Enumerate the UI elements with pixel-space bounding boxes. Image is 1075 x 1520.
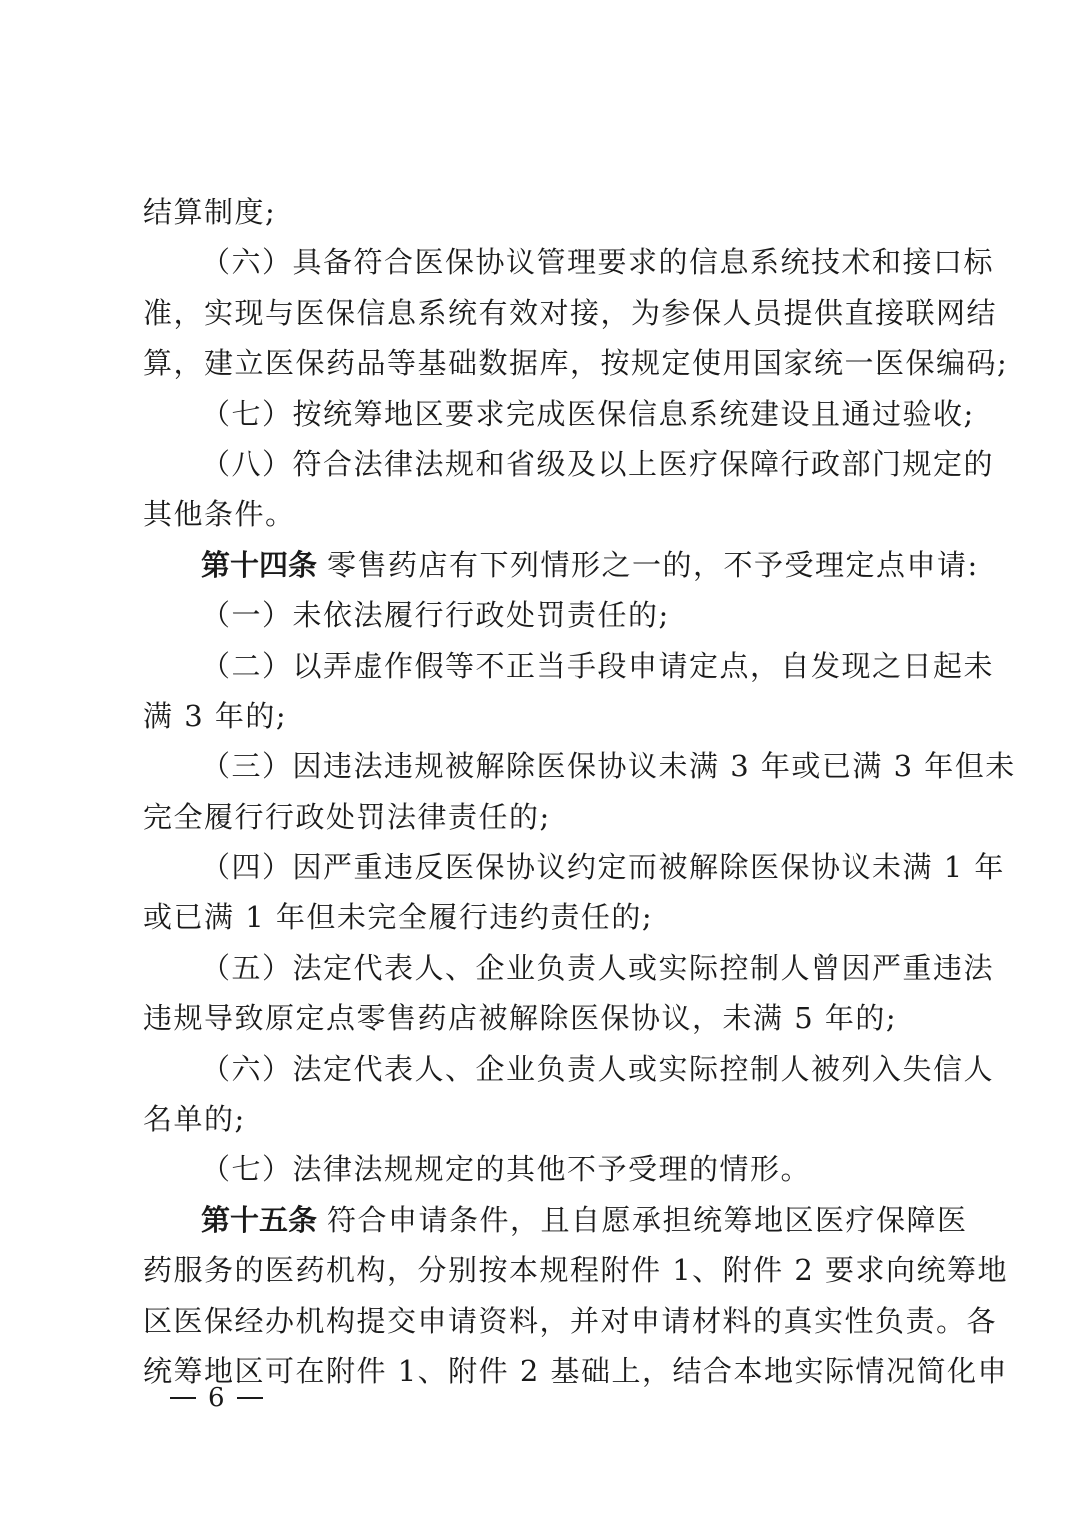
text-line: （一）未依法履行行政处罚责任的; — [143, 590, 943, 640]
line-text: 符合申请条件，且自愿承担统筹地区医疗保障医 — [327, 1203, 968, 1237]
line-text: （六）具备符合医保协议管理要求的信息系统技术和接口标 — [201, 245, 994, 279]
line-text: 结算制度; — [143, 195, 276, 229]
footer-dash-right — [237, 1397, 263, 1399]
text-line: 完全履行行政处罚法律责任的; — [143, 792, 943, 842]
text-line: 其他条件。 — [143, 489, 943, 539]
line-text: （一）未依法履行行政处罚责任的; — [201, 598, 670, 632]
line-text: 区医保经办机构提交申请资料，并对申请材料的真实性负责。各 — [143, 1304, 997, 1338]
text-line: （二）以弄虚作假等不正当手段申请定点，自发现之日起未 — [143, 641, 943, 691]
text-line: 第十五条符合申请条件，且自愿承担统筹地区医疗保障医 — [143, 1195, 943, 1245]
line-text: 药服务的医药机构，分别按本规程附件 1、附件 2 要求向统筹地 — [143, 1253, 1008, 1287]
text-line: （三）因违法违规被解除医保协议未满 3 年或已满 3 年但未 — [143, 741, 943, 791]
text-line: （五）法定代表人、企业负责人或实际控制人曾因严重违法 — [143, 943, 943, 993]
document-page: 结算制度;（六）具备符合医保协议管理要求的信息系统技术和接口标准，实现与医保信息… — [0, 0, 1075, 1520]
line-text: 零售药店有下列情形之一的，不予受理定点申请: — [327, 548, 979, 582]
text-line: （六）具备符合医保协议管理要求的信息系统技术和接口标 — [143, 237, 943, 287]
document-body: 结算制度;（六）具备符合医保协议管理要求的信息系统技术和接口标准，实现与医保信息… — [143, 187, 943, 1396]
line-text: （五）法定代表人、企业负责人或实际控制人曾因严重违法 — [201, 951, 994, 985]
page-footer: 6 — [170, 1378, 263, 1418]
text-line: （七）按统筹地区要求完成医保信息系统建设且通过验收; — [143, 389, 943, 439]
text-line: 算，建立医保药品等基础数据库，按规定使用国家统一医保编码; — [143, 338, 943, 388]
text-line: 违规导致原定点零售药店被解除医保协议，未满 5 年的; — [143, 993, 943, 1043]
article-heading: 第十五条 — [201, 1203, 317, 1237]
line-text: （七）法律法规规定的其他不予受理的情形。 — [201, 1152, 811, 1186]
line-text: （四）因严重违反医保协议约定而被解除医保协议未满 1 年 — [201, 850, 1005, 884]
line-text: （八）符合法律法规和省级及以上医疗保障行政部门规定的 — [201, 447, 994, 481]
article-heading: 第十四条 — [201, 548, 317, 582]
text-line: （六）法定代表人、企业负责人或实际控制人被列入失信人 — [143, 1044, 943, 1094]
text-line: （四）因严重违反医保协议约定而被解除医保协议未满 1 年 — [143, 842, 943, 892]
line-text: （六）法定代表人、企业负责人或实际控制人被列入失信人 — [201, 1052, 994, 1086]
line-text: 统筹地区可在附件 1、附件 2 基础上，结合本地实际情况简化申 — [143, 1354, 1008, 1388]
line-text: 完全履行行政处罚法律责任的; — [143, 800, 551, 834]
text-line: 准，实现与医保信息系统有效对接，为参保人员提供直接联网结 — [143, 288, 943, 338]
line-text: （二）以弄虚作假等不正当手段申请定点，自发现之日起未 — [201, 649, 994, 683]
line-text: 准，实现与医保信息系统有效对接，为参保人员提供直接联网结 — [143, 296, 997, 330]
line-text: （七）按统筹地区要求完成医保信息系统建设且通过验收; — [201, 397, 975, 431]
text-line: 结算制度; — [143, 187, 943, 237]
line-text: 其他条件。 — [143, 497, 296, 531]
text-line: 第十四条零售药店有下列情形之一的，不予受理定点申请: — [143, 540, 943, 590]
line-text: （三）因违法违规被解除医保协议未满 3 年或已满 3 年但未 — [201, 749, 1016, 783]
line-text: 或已满 1 年但未完全履行违约责任的; — [143, 900, 653, 934]
text-line: 统筹地区可在附件 1、附件 2 基础上，结合本地实际情况简化申 — [143, 1346, 943, 1396]
line-text: 名单的; — [143, 1102, 246, 1136]
text-line: 或已满 1 年但未完全履行违约责任的; — [143, 892, 943, 942]
footer-dash-left — [170, 1397, 196, 1399]
line-text: 违规导致原定点零售药店被解除医保协议，未满 5 年的; — [143, 1001, 897, 1035]
text-line: （八）符合法律法规和省级及以上医疗保障行政部门规定的 — [143, 439, 943, 489]
line-text: 算，建立医保药品等基础数据库，按规定使用国家统一医保编码; — [143, 346, 1008, 380]
line-text: 满 3 年的; — [143, 699, 287, 733]
page-number: 6 — [208, 1378, 225, 1418]
text-line: 药服务的医药机构，分别按本规程附件 1、附件 2 要求向统筹地 — [143, 1245, 943, 1295]
text-line: 名单的; — [143, 1094, 943, 1144]
text-line: （七）法律法规规定的其他不予受理的情形。 — [143, 1144, 943, 1194]
text-line: 区医保经办机构提交申请资料，并对申请材料的真实性负责。各 — [143, 1296, 943, 1346]
text-line: 满 3 年的; — [143, 691, 943, 741]
